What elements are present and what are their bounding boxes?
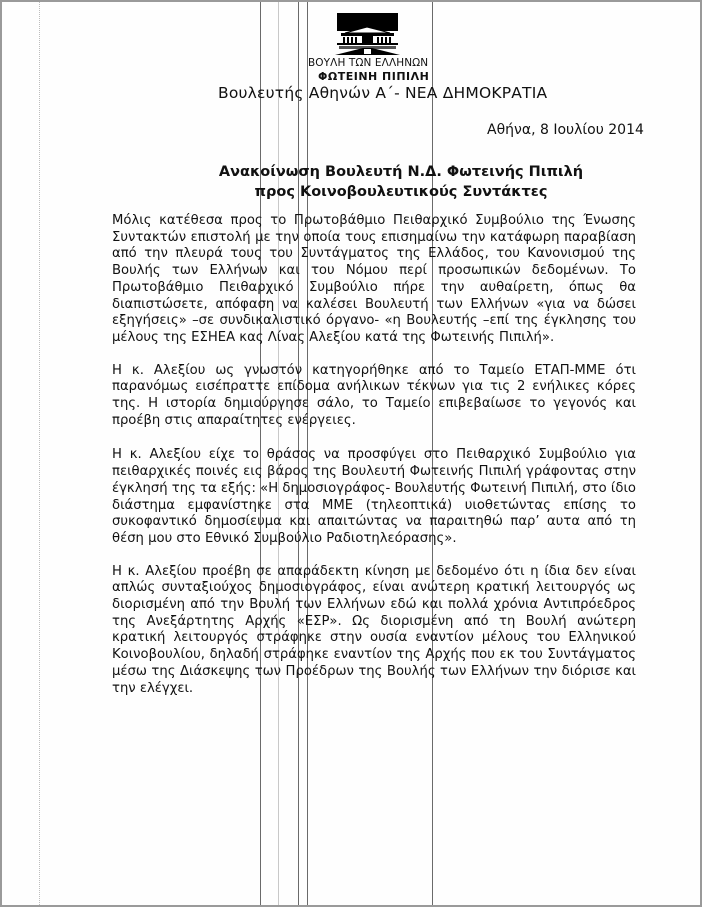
body-paragraph: Η κ. Αλεξίου προέβη σε απαράδεκτη κίνηση…: [112, 564, 636, 698]
member-name: ΦΩΤΕΙΝΗ ΠΙΠΙΛΗ: [318, 70, 429, 83]
member-role: Βουλευτής Αθηνών Α΄- ΝΕΑ ΔΗΜΟΚΡΑΤΙΑ: [218, 84, 547, 102]
title-line-1: Ανακοίνωση Βουλευτή Ν.Δ. Φωτεινής Πιπιλή: [61, 162, 641, 182]
document-body: Μόλις κατέθεσα προς το Πρωτοβάθμιο Πειθα…: [112, 213, 636, 713]
title-line-2: προς Κοινοβουλευτικούς Συντάκτες: [61, 182, 641, 202]
document-title: Ανακοίνωση Βουλευτή Ν.Δ. Φωτεινής Πιπιλή…: [2, 162, 700, 202]
scan-artifact-line: [39, 2, 41, 905]
parliament-building-icon: [335, 13, 400, 55]
body-paragraph: Μόλις κατέθεσα προς το Πρωτοβάθμιο Πειθα…: [112, 213, 636, 347]
scanned-document-page: ΒΟΥΛΗ ΤΩΝ ΕΛΛΗΝΩΝ ΦΩΤΕΙΝΗ ΠΙΠΙΛΗ Βουλευτ…: [0, 0, 702, 907]
document-date: Αθήνα, 8 Ιουλίου 2014: [487, 122, 644, 138]
body-paragraph: Η κ. Αλεξίου ως γνωστόν κατηγορήθηκε από…: [112, 363, 636, 430]
organization-name: ΒΟΥΛΗ ΤΩΝ ΕΛΛΗΝΩΝ: [308, 57, 428, 69]
body-paragraph: Η κ. Αλεξίου είχε το θράσος να προσφύγει…: [112, 447, 636, 547]
